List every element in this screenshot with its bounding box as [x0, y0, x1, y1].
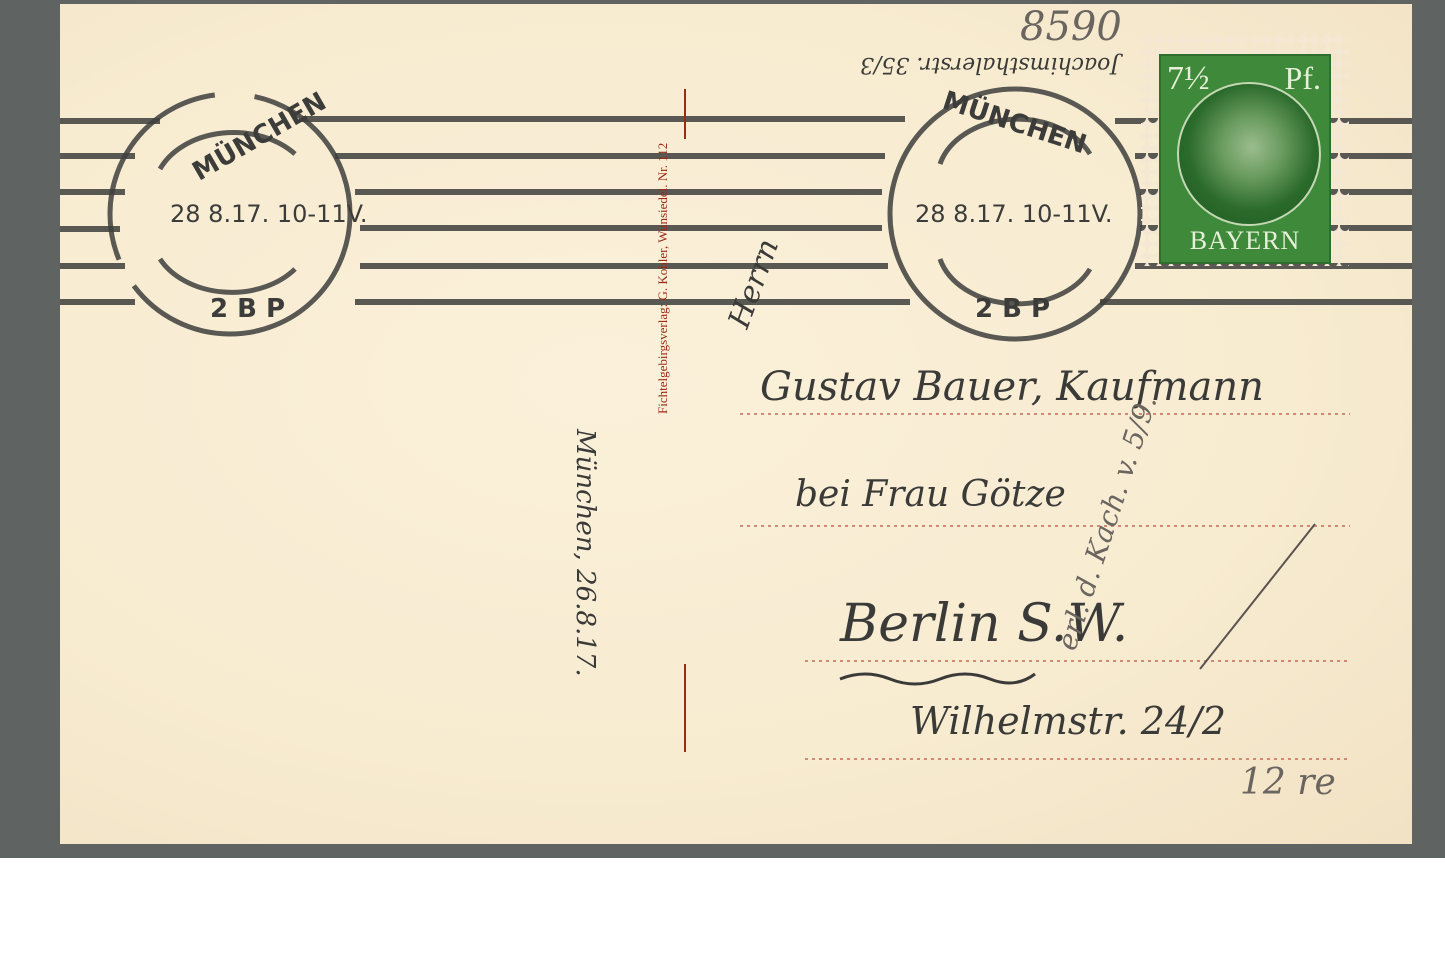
address-line1: Gustav Bauer, Kaufmann: [760, 364, 1264, 410]
stamp-face: 7½ Pf. BAYERN: [1159, 54, 1331, 264]
catalog-number: 8590: [1020, 4, 1122, 50]
postmark-right-office: 2 B P: [975, 294, 1050, 324]
stamp-value: 7½: [1167, 60, 1210, 98]
publisher-imprint: Fichtelgebirgsverlag: G. Kohler, Wunsied…: [655, 143, 671, 414]
address-line2: bei Frau Götze: [795, 474, 1066, 515]
postmark-right-date: 28 8.17. 10-11V.: [915, 200, 1113, 228]
stamp-country: BAYERN: [1161, 226, 1329, 256]
king-portrait-icon: [1177, 82, 1321, 226]
postmark-left-date: 28 8.17. 10-11V.: [170, 200, 368, 228]
message-dateline: München, 26.8.17.: [570, 429, 600, 677]
address-street: Wilhelmstr. 24/2: [910, 699, 1226, 743]
stamp-currency: Pf.: [1285, 60, 1321, 97]
price-note: 12 re: [1240, 762, 1336, 803]
postmark-left-office: 2 B P: [210, 294, 285, 324]
postcard: Fichtelgebirgsverlag: G. Kohler, Wunsied…: [60, 4, 1412, 844]
postage-stamp: 7½ Pf. BAYERN: [1141, 34, 1349, 266]
upside-down-note: Joachimsthalerstr. 35/3: [860, 52, 1119, 77]
